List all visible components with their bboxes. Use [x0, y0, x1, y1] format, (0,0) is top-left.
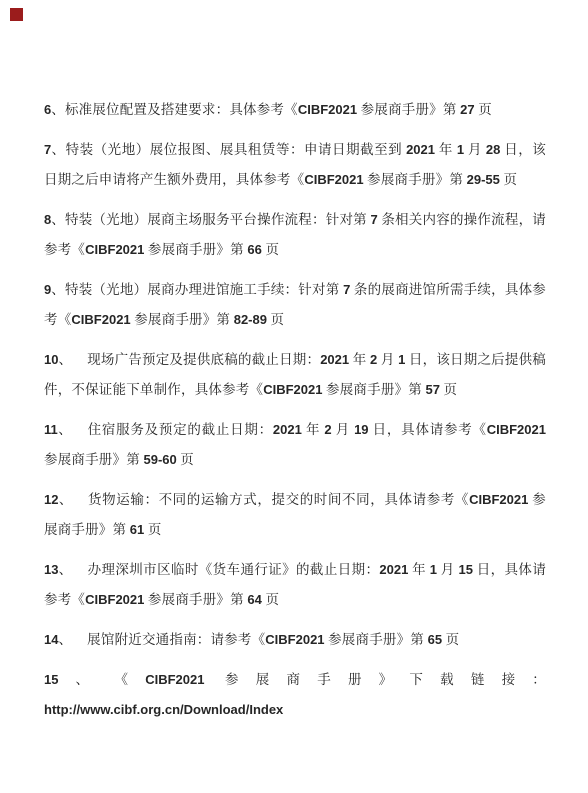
cjk-text: 月	[464, 142, 486, 157]
cjk-text: 页	[442, 632, 459, 647]
latin-text: 1	[457, 142, 464, 157]
cjk-text: 标准展位配置及搭建要求：具体参考《	[65, 102, 298, 117]
list-item-10: 10、现场广告预定及提供底稿的截止日期：2021 年 2 月 1 日，该日期之后…	[44, 345, 546, 405]
latin-text: 13	[44, 562, 58, 577]
cjk-text: 办理深圳市区临时《货车通行证》的截止日期：	[88, 562, 380, 577]
latin-text: 2021	[320, 352, 349, 367]
item-number: 15、	[44, 672, 106, 687]
item-text: 展馆附近交通指南：请参考《CIBF2021 参展商手册》第 65 页	[87, 632, 459, 647]
latin-text: 12	[44, 492, 58, 507]
cjk-text: 页	[177, 452, 194, 467]
latin-text: 29-55	[467, 172, 500, 187]
latin-text: CIBF2021	[487, 422, 546, 437]
red-square-marker	[10, 8, 23, 21]
cjk-text: 特装（光地）展商主场服务平台操作流程：针对第	[65, 212, 371, 227]
item-text: 特装（光地）展商主场服务平台操作流程：针对第 7 条相关内容的操作流程，请参考《…	[44, 212, 546, 257]
latin-text: 57	[426, 382, 440, 397]
cjk-text: 参展商手册》下载链接：	[204, 672, 546, 687]
item-text: 货物运输：不同的运输方式，提交的时间不同，具体请参考《CIBF2021 参展商手…	[44, 492, 546, 537]
cjk-text: 参展商手册》第	[357, 102, 460, 117]
cjk-text: 年	[349, 352, 370, 367]
cjk-text: 参展商手册》第	[364, 172, 467, 187]
latin-text: 65	[428, 632, 442, 647]
cjk-text: 页	[475, 102, 492, 117]
cjk-text: 参展商手册》第	[325, 632, 428, 647]
cjk-text: 页	[144, 522, 161, 537]
cjk-text: 年	[435, 142, 457, 157]
cjk-text: 、	[51, 142, 65, 157]
cjk-text: 页	[262, 592, 279, 607]
cjk-text: 、	[58, 562, 72, 577]
latin-text: 2021	[379, 562, 408, 577]
cjk-text: 、	[58, 422, 73, 437]
cjk-text: 页	[500, 172, 517, 187]
cjk-text: 年	[408, 562, 429, 577]
list-item-15: 15、《CIBF2021 参展商手册》下载链接：http://www.cibf.…	[44, 665, 546, 725]
handbook-download-link[interactable]: http://www.cibf.org.cn/Download/Index	[44, 702, 283, 717]
list-item-11: 11、住宿服务及预定的截止日期：2021 年 2 月 19 日，具体请参考《CI…	[44, 415, 546, 475]
item-number: 6、	[44, 102, 65, 117]
list-item-6: 6、标准展位配置及搭建要求：具体参考《CIBF2021 参展商手册》第 27 页	[44, 95, 546, 125]
latin-text: 15	[44, 672, 58, 687]
item-number: 12、	[44, 492, 73, 507]
item-text: 《CIBF2021 参展商手册》下载链接：	[121, 672, 546, 687]
latin-text: CIBF2021	[263, 382, 322, 397]
cjk-text: 参展商手册》第	[44, 452, 143, 467]
item-text: 标准展位配置及搭建要求：具体参考《CIBF2021 参展商手册》第 27 页	[65, 102, 492, 117]
cjk-text: 、	[58, 672, 106, 687]
latin-text: 82-89	[234, 312, 267, 327]
list-item-7: 7、特装（光地）展位报图、展具租赁等：申请日期截至到 2021 年 1 月 28…	[44, 135, 546, 195]
latin-text: 19	[354, 422, 368, 437]
cjk-text: 年	[302, 422, 325, 437]
document-page: 6、标准展位配置及搭建要求：具体参考《CIBF2021 参展商手册》第 27 页…	[0, 0, 588, 793]
latin-text: 59-60	[143, 452, 176, 467]
cjk-text: 月	[437, 562, 458, 577]
latin-text: 1	[430, 562, 437, 577]
item-text: 办理深圳市区临时《货车通行证》的截止日期：2021 年 1 月 15 日，具体请…	[44, 562, 546, 607]
cjk-text: 参展商手册》第	[144, 592, 247, 607]
latin-text: 27	[460, 102, 474, 117]
item-text: 特装（光地）展商办理进馆施工手续：针对第 7 条的展商进馆所需手续，具体参考《C…	[44, 282, 546, 327]
latin-text: 10	[44, 352, 58, 367]
item-number: 9、	[44, 282, 65, 297]
list-item-9: 9、特装（光地）展商办理进馆施工手续：针对第 7 条的展商进馆所需手续，具体参考…	[44, 275, 546, 335]
item-text: 现场广告预定及提供底稿的截止日期：2021 年 2 月 1 日，该日期之后提供稿…	[44, 352, 546, 397]
cjk-text: 住宿服务及预定的截止日期：	[88, 422, 273, 437]
cjk-text: 参展商手册》第	[131, 312, 234, 327]
item-text: 住宿服务及预定的截止日期：2021 年 2 月 19 日，具体请参考《CIBF2…	[44, 422, 546, 467]
cjk-text: 货物运输：不同的运输方式，提交的时间不同，具体请参考《	[88, 492, 469, 507]
latin-text: 61	[130, 522, 144, 537]
latin-text: CIBF2021	[85, 592, 144, 607]
list-item-12: 12、货物运输：不同的运输方式，提交的时间不同，具体请参考《CIBF2021 参…	[44, 485, 546, 545]
latin-text: 2	[324, 422, 331, 437]
latin-text: CIBF2021	[265, 632, 324, 647]
item-text: 特装（光地）展位报图、展具租赁等：申请日期截至到 2021 年 1 月 28 日…	[44, 142, 546, 187]
cjk-text: 、	[51, 212, 65, 227]
cjk-text: 、	[51, 102, 65, 117]
latin-text: CIBF2021	[85, 242, 144, 257]
document-body: 6、标准展位配置及搭建要求：具体参考《CIBF2021 参展商手册》第 27 页…	[44, 95, 546, 725]
latin-text: CIBF2021	[145, 672, 204, 687]
latin-text: 64	[247, 592, 261, 607]
cjk-text: 日，具体请参考《	[369, 422, 487, 437]
cjk-text: 展馆附近交通指南：请参考《	[87, 632, 265, 647]
list-item-8: 8、特装（光地）展商主场服务平台操作流程：针对第 7 条相关内容的操作流程，请参…	[44, 205, 546, 265]
item-number: 10、	[44, 352, 72, 367]
cjk-text: 页	[267, 312, 284, 327]
item-number: 8、	[44, 212, 65, 227]
cjk-text: 页	[262, 242, 279, 257]
latin-text: CIBF2021	[71, 312, 130, 327]
cjk-text: 特装（光地）展位报图、展具租赁等：申请日期截至到	[66, 142, 406, 157]
latin-text: 2021	[406, 142, 435, 157]
item-number: 14、	[44, 632, 72, 647]
item-number: 13、	[44, 562, 73, 577]
latin-text: 66	[247, 242, 261, 257]
cjk-text: 参展商手册》第	[144, 242, 247, 257]
latin-text: 11	[44, 422, 58, 437]
cjk-text: 《	[121, 672, 145, 687]
cjk-text: 、	[58, 352, 72, 367]
latin-text: 28	[486, 142, 500, 157]
latin-text: 2021	[273, 422, 302, 437]
cjk-text: 月	[332, 422, 355, 437]
cjk-text: 特装（光地）展商办理进馆施工手续：针对第	[65, 282, 343, 297]
list-item-14: 14、展馆附近交通指南：请参考《CIBF2021 参展商手册》第 65 页	[44, 625, 546, 655]
cjk-text: 页	[440, 382, 457, 397]
cjk-text: 、	[58, 492, 73, 507]
cjk-text: 参展商手册》第	[322, 382, 425, 397]
cjk-text: 现场广告预定及提供底稿的截止日期：	[87, 352, 320, 367]
latin-text: CIBF2021	[304, 172, 363, 187]
cjk-text: 、	[51, 282, 65, 297]
cjk-text: 月	[377, 352, 398, 367]
item-number: 7、	[44, 142, 66, 157]
latin-text: CIBF2021	[469, 492, 528, 507]
latin-text: CIBF2021	[298, 102, 357, 117]
latin-text: 7	[371, 212, 378, 227]
latin-text: 15	[458, 562, 472, 577]
list-item-13: 13、办理深圳市区临时《货车通行证》的截止日期：2021 年 1 月 15 日，…	[44, 555, 546, 615]
latin-text: 14	[44, 632, 58, 647]
cjk-text: 、	[58, 632, 72, 647]
item-number: 11、	[44, 422, 73, 437]
